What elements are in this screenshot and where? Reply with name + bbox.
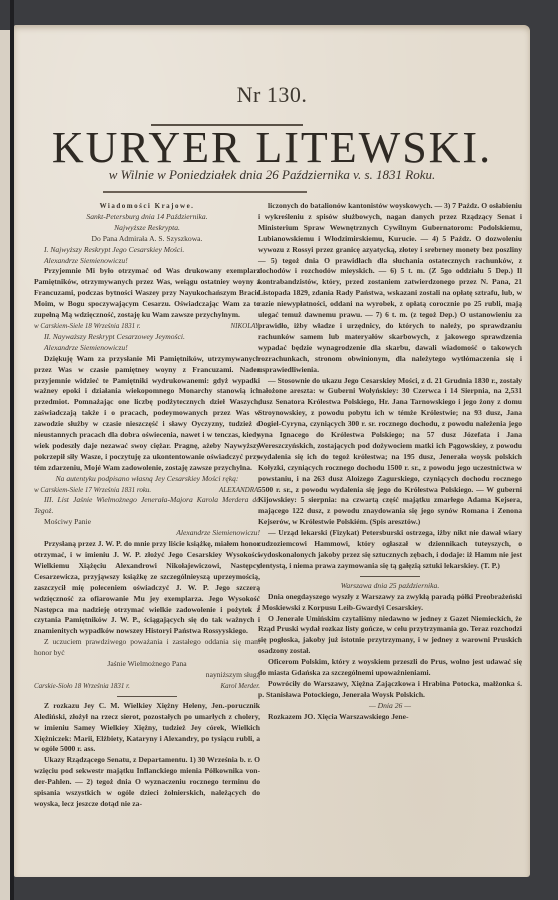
greeting: Mościwy Panie <box>34 517 260 528</box>
right-column: liczonych do batalionów kantonistów woys… <box>258 201 522 723</box>
article-body: O Jenerale Umińskim czytaliśmy niedawno … <box>258 614 522 658</box>
section-heading: Warszawa dnia 25 października. <box>258 581 522 592</box>
article-body: Oficerom Polskim, który z woyskiem przes… <box>258 657 522 679</box>
article-body: — Urząd lekarski (Fizykat) Petersburski … <box>258 528 522 572</box>
divider <box>117 696 177 697</box>
place-date: w Carskiem-Siele 17 Września 1831 roku. <box>34 485 151 496</box>
article-body: Przyjemnie Mi było otrzymać od Was druko… <box>34 266 260 321</box>
newspaper-page: Nr 130. KURYER LITEWSKI. w Wilnie w Poni… <box>14 25 530 877</box>
salutation: Alexandrze Siemienowiczu! <box>34 528 260 539</box>
addressee: Do Pana Admirała A. S. Szyszkowa. <box>34 234 260 245</box>
signature-block: w Carskiem-Siele 17 Września 1831 roku. … <box>34 485 260 496</box>
signature-block: w Carskiem-Siele 18 Września 1831 r. NIK… <box>34 321 260 332</box>
letter-title: III. List Jaśnie Wielmożnego Jenerała-Ma… <box>34 495 260 517</box>
article-body: liczonych do batalionów kantonistów woys… <box>258 201 522 376</box>
signature: ALEXANDRA. <box>219 485 260 496</box>
article-body: Z rozkazu Jey C. M. Wielkiey Xiężny Hele… <box>34 701 260 756</box>
article-body: Rozkazem JO. Xięcia Warszawskiego Jene- <box>258 712 522 723</box>
place-date: Carskie-Sioło 18 Września 1831 r. <box>34 681 130 692</box>
signature: Karol Merder. <box>220 681 260 692</box>
article-body: Dziękuję Wam za przysłanie Mi Pamiętnikó… <box>34 354 260 474</box>
adjacent-page-edge <box>0 30 10 900</box>
place-date: w Carskiem-Siele 18 Września 1831 r. <box>34 321 141 332</box>
section-heading: Wiadomości Krajowe. <box>34 201 260 212</box>
closing: Z uczuciem prawdziwego poważania i zasta… <box>34 637 260 659</box>
day-heading: — Dnia 26 — <box>258 701 522 712</box>
issue-number: Nr 130. <box>14 82 530 108</box>
signature: NIKOLAY. <box>230 321 260 332</box>
newspaper-title: KURYER LITEWSKI. <box>14 122 530 173</box>
servant: nayniższym sługą <box>34 670 260 681</box>
article-body: — Stosownie do ukazu Jego Cesarskiey Moś… <box>258 376 522 529</box>
article-body: Przysłaną przez J. W. P. do mnie przy li… <box>34 539 260 637</box>
article-body: Powróciły do Warszawy, Xiężna Zajączkowa… <box>258 679 522 701</box>
rescript-title: I. Najwyższy Reskrypt Jego Cesarskiey Mo… <box>34 245 260 256</box>
rescript-title: II. Nayważszy Reskrypt Cesarzowey Jeymoś… <box>34 332 260 343</box>
signature-block: Carskie-Sioło 18 Września 1831 r. Karol … <box>34 681 260 692</box>
article-body: Ukazy Rządzącego Senatu, z Departamentu.… <box>34 755 260 810</box>
subheading: Najwyższe Reskrypta. <box>34 223 260 234</box>
left-column: Wiadomości Krajowe. Sankt-Petersburg dni… <box>34 201 260 810</box>
signature-note: Na autentyku podpisano własną Jey Cesars… <box>34 474 260 485</box>
divider <box>103 191 307 193</box>
salutation: Alexandrze Siemienowiczu! <box>34 343 260 354</box>
salutation: Alexandrze Siemienowiczu! <box>34 256 260 267</box>
dateline: w Wilnie w Poniedziałek dnia 26 Paździer… <box>14 167 530 183</box>
article-body: Dnia onegdayszego wyszły z Warszawy za z… <box>258 592 522 614</box>
place-date: Sankt-Petersburg dnia 14 Października. <box>34 212 260 223</box>
closing: Jaśnie Wielmożnego Pana <box>34 659 260 670</box>
divider <box>360 576 420 577</box>
